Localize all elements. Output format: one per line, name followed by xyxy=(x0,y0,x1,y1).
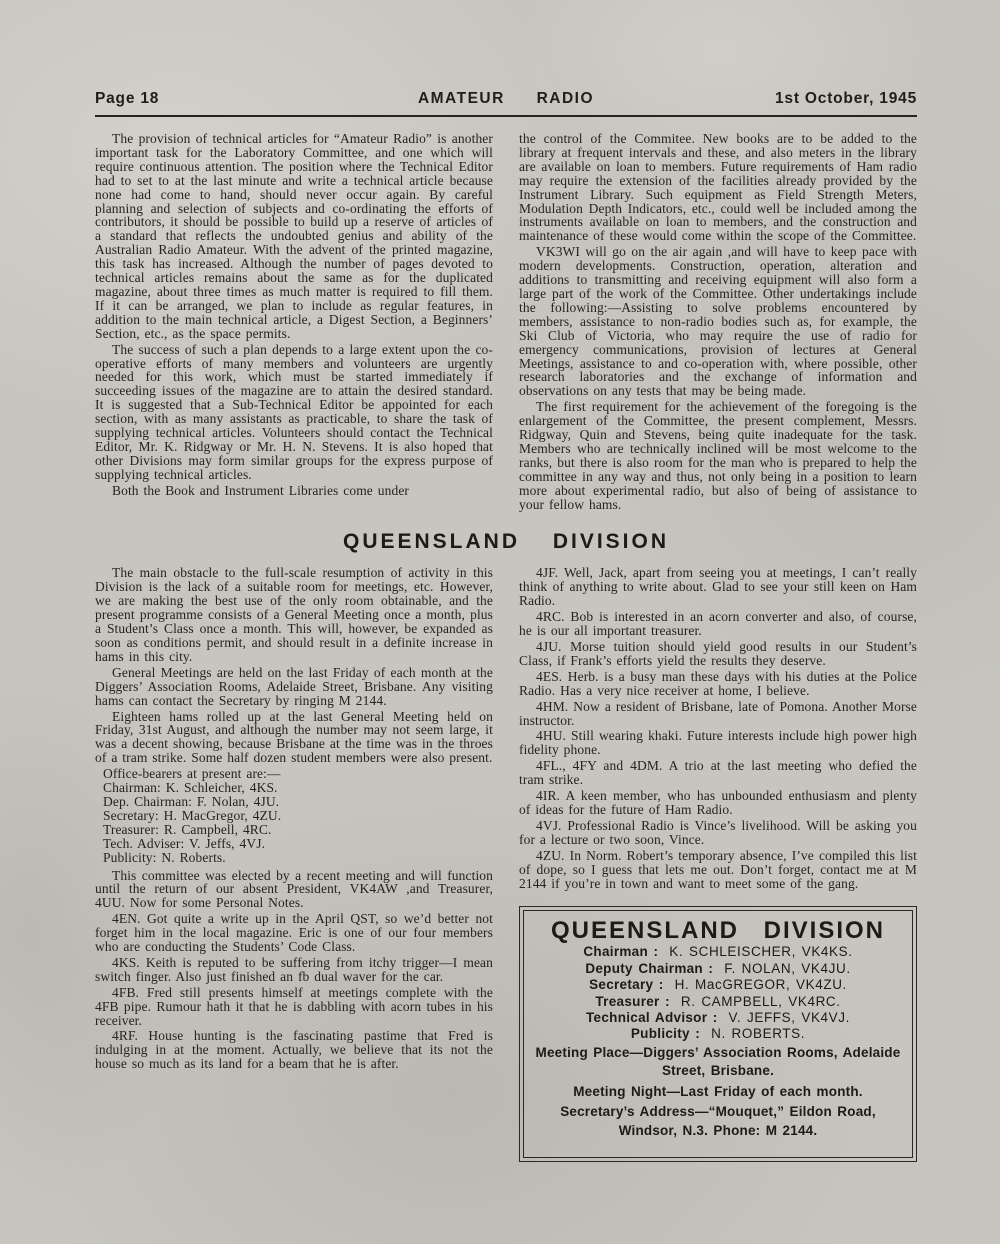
paragraph: Eighteen hams rolled up at the last Gene… xyxy=(95,710,493,766)
section-heading-queensland-division: QUEENSLAND DIVISION xyxy=(95,530,917,554)
officer-value: N. ROBERTS. xyxy=(711,1026,805,1041)
info-box-row: Secretary :H. MacGREGOR, VK4ZU. xyxy=(534,978,902,992)
queensland-right-column: 4JF. Well, Jack, apart from seeing you a… xyxy=(519,566,917,1162)
paragraph: 4IR. A keen member, who has unbounded en… xyxy=(519,789,917,817)
info-box-row: Publicity :N. ROBERTS. xyxy=(534,1027,902,1041)
paragraph: 4JF. Well, Jack, apart from seeing you a… xyxy=(519,566,917,608)
paragraph: This committee was elected by a recent m… xyxy=(95,869,493,911)
paragraph: 4FL., 4FY and 4DM. A trio at the last me… xyxy=(519,759,917,787)
info-box-row: Chairman :K. SCHLEISCHER, VK4KS. xyxy=(534,945,902,959)
officer-value: H. MacGREGOR, VK4ZU. xyxy=(675,977,847,992)
paragraph: 4RC. Bob is interested in an acorn conve… xyxy=(519,610,917,638)
office-bearer-line: Publicity: N. Roberts. xyxy=(95,851,493,865)
meeting-night-line: Meeting Night—Last Friday of each month. xyxy=(534,1083,902,1101)
officer-label: Technical Advisor : xyxy=(586,1010,718,1025)
officer-value: V. JEFFS, VK4VJ. xyxy=(729,1010,850,1025)
office-bearer-line: Tech. Adviser: V. Jeffs, 4VJ. xyxy=(95,837,493,851)
issue-date: 1st October, 1945 xyxy=(727,90,917,108)
info-box-title: QUEENSLAND DIVISION xyxy=(534,924,902,938)
page-number: Page 18 xyxy=(95,90,285,108)
meeting-place-line: Meeting Place—Diggers’ Association Rooms… xyxy=(534,1044,902,1080)
queensland-left-column: The main obstacle to the full-scale resu… xyxy=(95,566,493,1162)
paragraph: 4HU. Still wearing khaki. Future interes… xyxy=(519,729,917,757)
paragraph: The main obstacle to the full-scale resu… xyxy=(95,566,493,663)
queensland-division-section: The main obstacle to the full-scale resu… xyxy=(95,566,917,1162)
article-right-column: the control of the Commitee. New books a… xyxy=(519,132,917,513)
division-info-box-inner: QUEENSLAND DIVISION Chairman :K. SCHLEIS… xyxy=(523,910,913,1158)
officer-value: F. NOLAN, VK4JU. xyxy=(724,961,850,976)
paragraph: 4HM. Now a resident of Brisbane, late of… xyxy=(519,700,917,728)
info-box-row: Treasurer :R. CAMPBELL, VK4RC. xyxy=(534,995,902,1009)
magazine-page: { "page": { "header": { "page_number": "… xyxy=(0,0,1000,1244)
paragraph: General Meetings are held on the last Fr… xyxy=(95,666,493,708)
office-bearers-intro: Office-bearers at present are:— xyxy=(95,767,493,781)
office-bearers-list: Office-bearers at present are:— Chairman… xyxy=(95,767,493,864)
officer-label: Treasurer : xyxy=(595,994,670,1009)
office-bearer-line: Dep. Chairman: F. Nolan, 4JU. xyxy=(95,795,493,809)
paragraph: the control of the Commitee. New books a… xyxy=(519,132,917,243)
paragraph: 4FB. Fred still presents himself at meet… xyxy=(95,986,493,1028)
secretary-address-line: Secretary’s Address—“Mouquet,” Eildon Ro… xyxy=(534,1103,902,1139)
page-content: Page 18 AMATEUR RADIO 1st October, 1945 … xyxy=(95,90,917,1162)
article-laboratory-committee: The provision of technical articles for … xyxy=(95,132,917,513)
info-box-row: Deputy Chairman :F. NOLAN, VK4JU. xyxy=(534,962,902,976)
paragraph: 4JU. Morse tuition should yield good res… xyxy=(519,640,917,668)
paragraph: 4KS. Keith is reputed to be suffering fr… xyxy=(95,956,493,984)
page-header: Page 18 AMATEUR RADIO 1st October, 1945 xyxy=(95,90,917,117)
paragraph: The success of such a plan depends to a … xyxy=(95,343,493,482)
paragraph: 4EN. Got quite a write up in the April Q… xyxy=(95,912,493,954)
office-bearer-line: Chairman: K. Schleicher, 4KS. xyxy=(95,781,493,795)
paragraph: 4ZU. In Norm. Robert’s temporary absence… xyxy=(519,849,917,891)
office-bearer-line: Treasurer: R. Campbell, 4RC. xyxy=(95,823,493,837)
office-bearer-line: Secretary: H. MacGregor, 4ZU. xyxy=(95,809,493,823)
magazine-title: AMATEUR RADIO xyxy=(285,90,727,108)
officer-value: R. CAMPBELL, VK4RC. xyxy=(681,994,841,1009)
paragraph: VK3WI will go on the air again ,and will… xyxy=(519,245,917,398)
info-box-row: Technical Advisor :V. JEFFS, VK4VJ. xyxy=(534,1011,902,1025)
paragraph: 4ES. Herb. is a busy man these days with… xyxy=(519,670,917,698)
paragraph: The first requirement for the achievemen… xyxy=(519,400,917,511)
officer-label: Secretary : xyxy=(589,977,664,992)
paragraph: Both the Book and Instrument Libraries c… xyxy=(95,484,493,498)
officer-value: K. SCHLEISCHER, VK4KS. xyxy=(669,944,852,959)
paragraph: The provision of technical articles for … xyxy=(95,132,493,341)
officer-label: Deputy Chairman : xyxy=(585,961,713,976)
paragraph: 4RF. House hunting is the fascinating pa… xyxy=(95,1029,493,1071)
division-info-box: QUEENSLAND DIVISION Chairman :K. SCHLEIS… xyxy=(519,906,917,1162)
article-left-column: The provision of technical articles for … xyxy=(95,132,493,513)
paragraph: 4VJ. Professional Radio is Vince’s livel… xyxy=(519,819,917,847)
officer-label: Publicity : xyxy=(631,1026,700,1041)
officer-label: Chairman : xyxy=(583,944,658,959)
